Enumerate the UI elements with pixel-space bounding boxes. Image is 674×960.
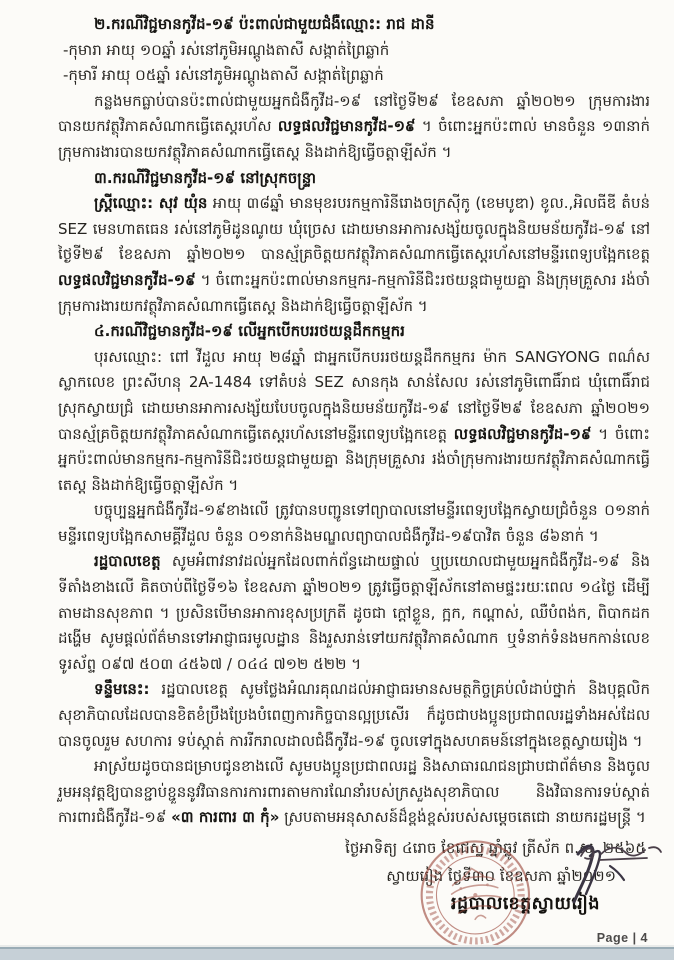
page-number-label: Page | 4	[597, 931, 648, 945]
section-4-heading: ៤.ករណីវិជ្ជមានកូវីដ-១៩ លើអ្នកបើកបររថយន្ត…	[58, 319, 650, 345]
signoff-block: ថ្ងៃអាទិត្យ ៤រោច ខែជេស្ឋ ឆ្នាំឆ្លូវ ត្រី…	[58, 834, 650, 918]
case-child-2-line: -កុមារី អាយុ ០៥ឆ្នាំ រស់នៅភូមិអណ្ដូងតាសី…	[58, 63, 650, 89]
closing-paragraph: អាស្រ័យដូចបានជម្រាបជូនខាងលើ សូមបងប្អូនប្…	[58, 754, 650, 831]
quarantine-appeal-paragraph: រដ្ឋបាលខេត្ត សូមអំពាវនាវដល់អ្នកដែលពាក់ព័…	[58, 549, 650, 677]
gratitude-paragraph: ទន្ទឹមនេះ: រដ្ឋបាលខេត្ត សូមថ្លែងអំណរគុណដ…	[58, 677, 650, 754]
place-date-line: ស្វាយរៀង ថ្ងៃទី៣០ ខែឧសភា ឆ្នាំ២០២១	[58, 862, 650, 890]
lunar-date-line: ថ្ងៃអាទិត្យ ៤រោច ខែជេស្ឋ ឆ្នាំឆ្លូវ ត្រី…	[58, 834, 650, 862]
issuing-authority-line: រដ្ឋបាលខេត្តស្វាយរៀង	[58, 890, 650, 918]
treatment-status-paragraph: បច្ចុប្បន្នអ្នកជំងឺកូវីដ-១៩ខាងលើ ត្រូវបា…	[58, 498, 650, 549]
viewer-bottom-band	[0, 947, 674, 960]
section-2-paragraph: កន្លងមកធ្លាប់បានប៉ះពាល់ជាមួយអ្នកជំងឺកូវី…	[58, 89, 650, 166]
document-body: ២.ករណីវិជ្ជមានកូវីដ-១៩ ប៉ះពាល់ជាមួយជំងឺឈ…	[58, 12, 650, 918]
scanned-document-page: ២.ករណីវិជ្ជមានកូវីដ-១៩ ប៉ះពាល់ជាមួយជំងឺឈ…	[0, 0, 674, 960]
section-4-paragraph: បុរសឈ្មោះ: ពៅ វីដួល អាយុ ២៨ឆ្នាំ ជាអ្នកប…	[58, 345, 650, 499]
section-3-heading: ៣.ករណីវិជ្ជមានកូវីដ-១៩ នៅស្រុកចន្ទ្រា	[58, 166, 650, 192]
section-3-paragraph: ស្រ្តីឈ្មោះ: សុវ យុំន អាយុ ៣៨ឆ្នាំ មានមុ…	[58, 191, 650, 319]
case-child-1-line: -កុមារា អាយុ ១០ឆ្នាំ រស់នៅភូមិអណ្ដូងតាសី…	[58, 38, 650, 64]
section-2-heading: ២.ករណីវិជ្ជមានកូវីដ-១៩ ប៉ះពាល់ជាមួយជំងឺឈ…	[58, 12, 650, 38]
